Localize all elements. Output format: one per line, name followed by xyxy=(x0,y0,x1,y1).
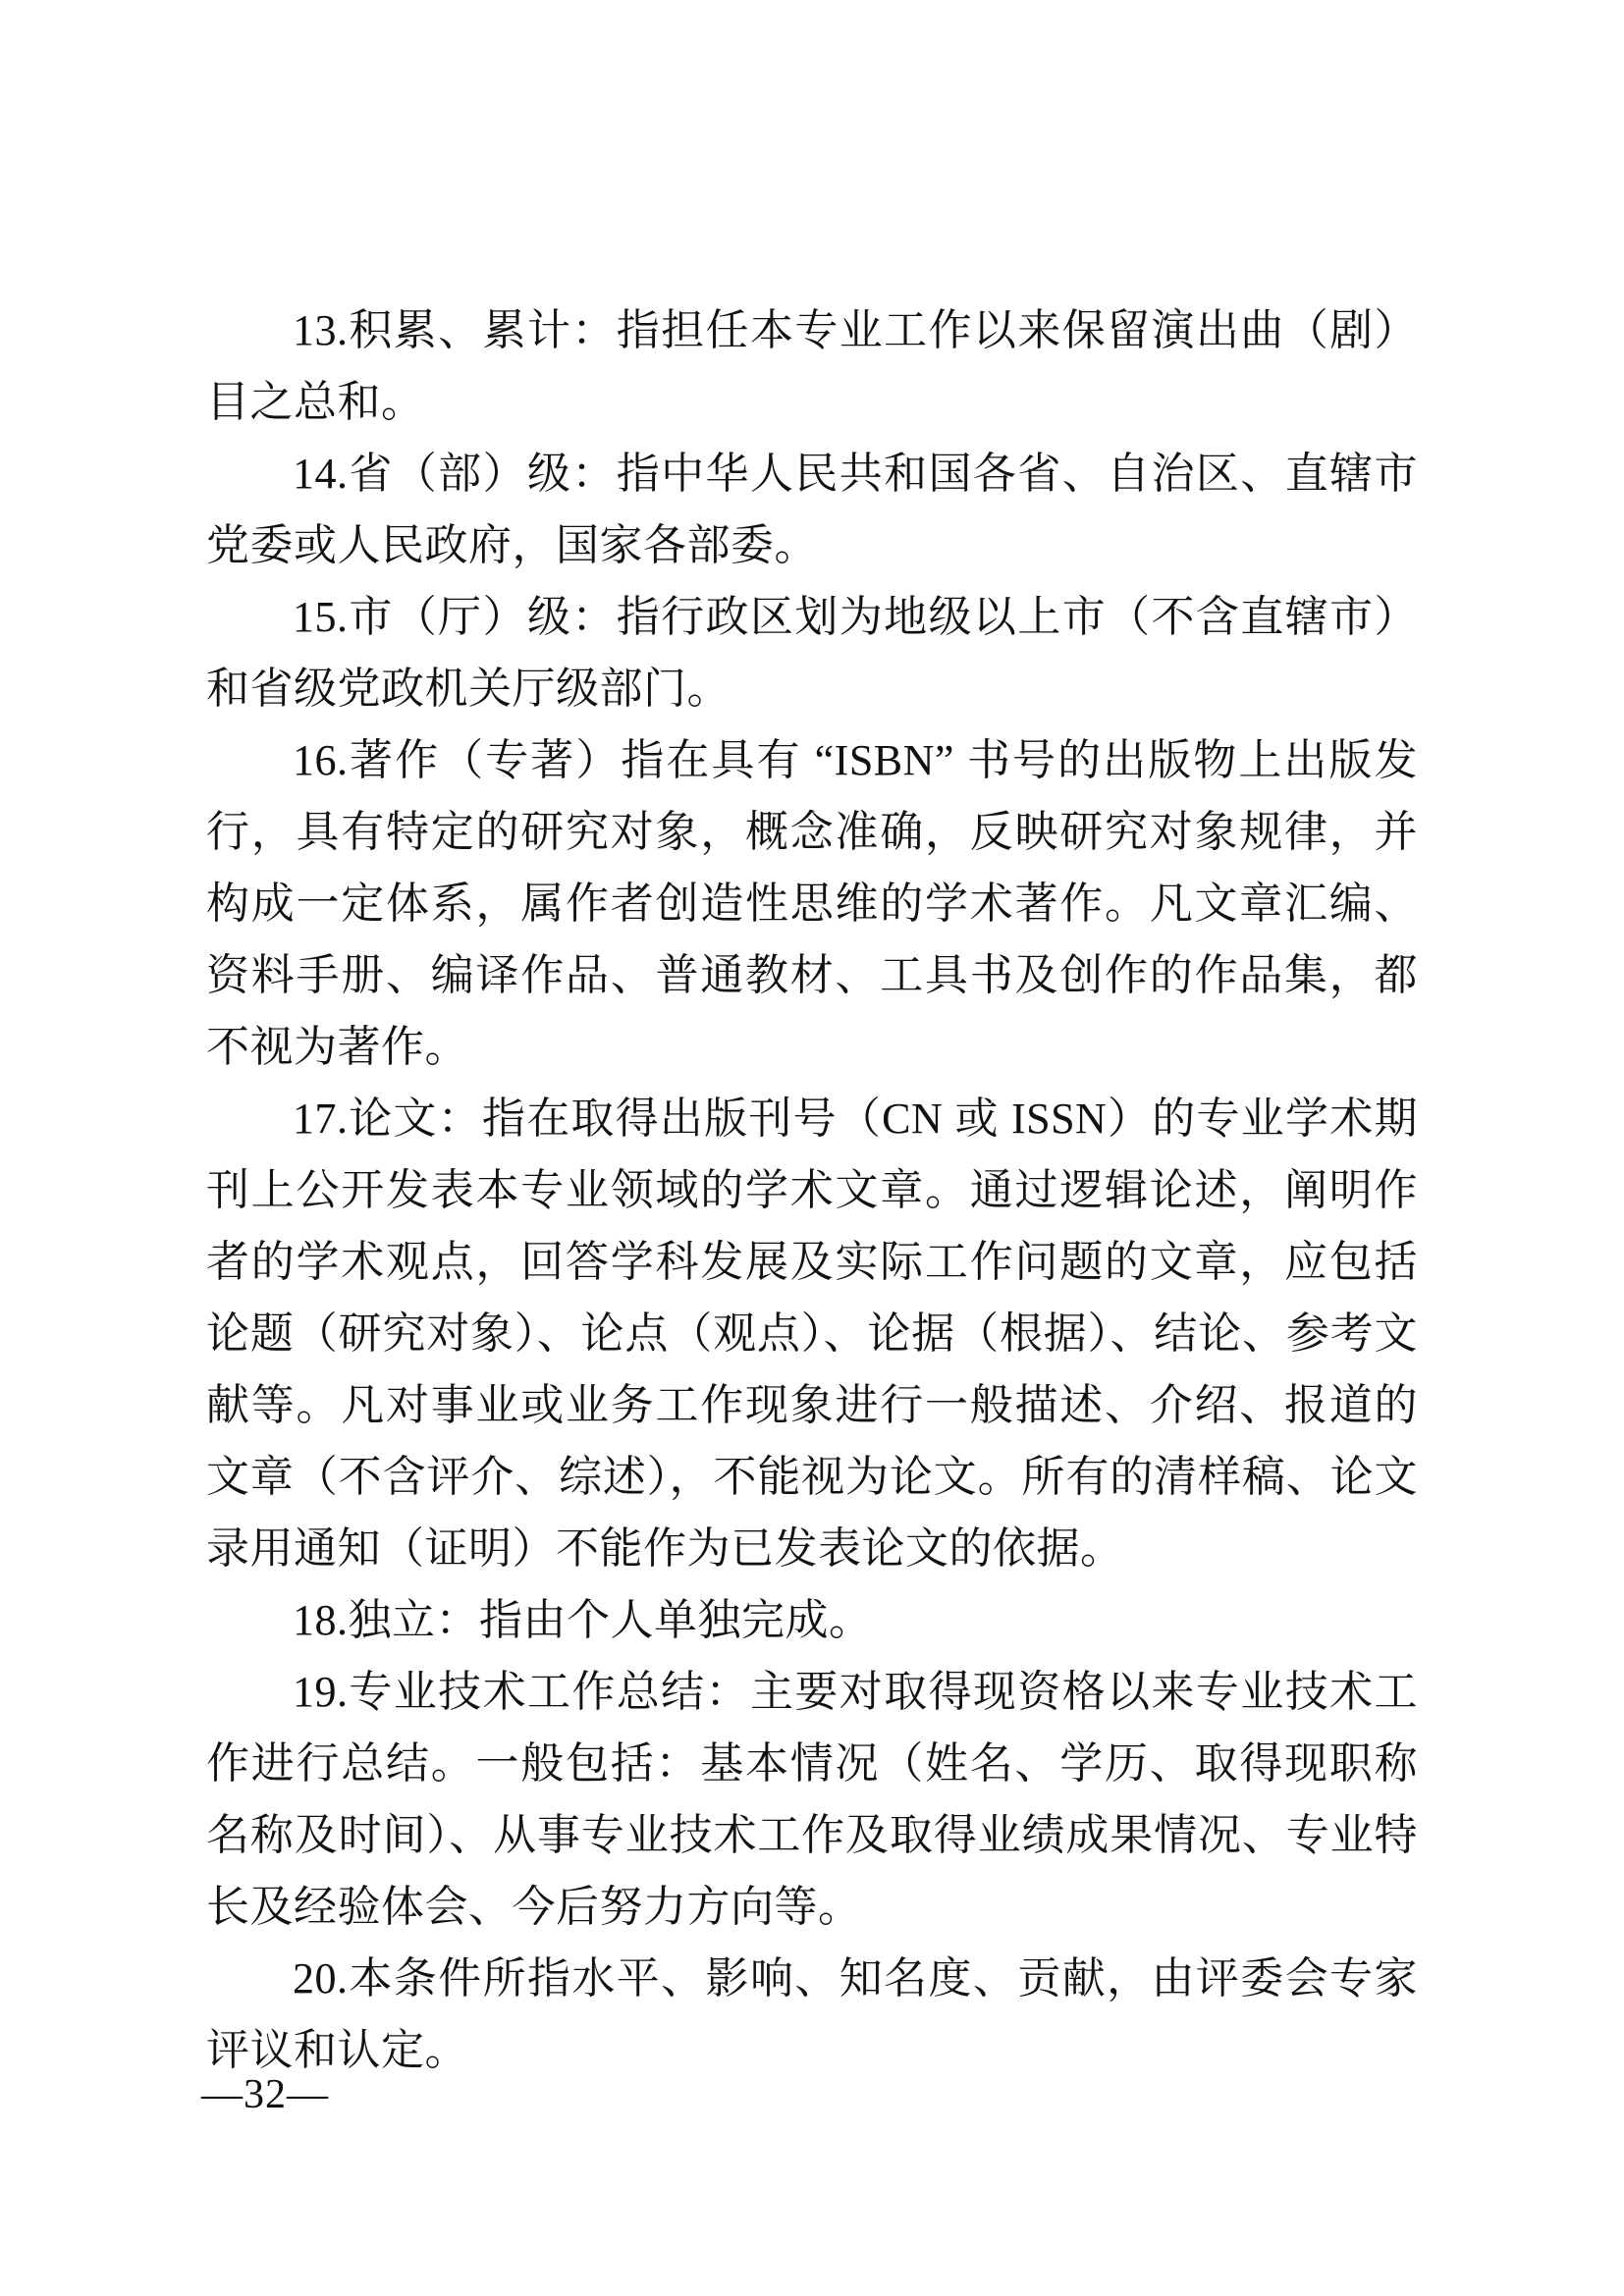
paragraph-item-13: 13.积累、累计：指担任本专业工作以来保留演出曲（剧）目之总和。 xyxy=(206,294,1418,438)
paragraph-item-16: 16.著作（专著）指在具有 “ISBN” 书号的出版物上出版发行，具有特定的研究… xyxy=(206,724,1418,1083)
paragraph-item-14: 14.省（部）级：指中华人民共和国各省、自治区、直辖市党委或人民政府，国家各部委… xyxy=(206,438,1418,581)
document-body: 13.积累、累计：指担任本专业工作以来保留演出曲（剧）目之总和。 14.省（部）… xyxy=(206,294,1418,2086)
paragraph-item-20: 20.本条件所指水平、影响、知名度、贡献，由评委会专家评议和认定。 xyxy=(206,1943,1418,2086)
paragraph-item-15: 15.市（厅）级：指行政区划为地级以上市（不含直辖市）和省级党政机关厅级部门。 xyxy=(206,581,1418,724)
paragraph-item-17: 17.论文：指在取得出版刊号（CN 或 ISSN）的专业学术期刊上公开发表本专业… xyxy=(206,1083,1418,1584)
document-page: 13.积累、累计：指担任本专业工作以来保留演出曲（剧）目之总和。 14.省（部）… xyxy=(0,0,1624,2296)
page-number: —32— xyxy=(201,2069,329,2120)
paragraph-item-19: 19.专业技术工作总结：主要对取得现资格以来专业技术工作进行总结。一般包括：基本… xyxy=(206,1656,1418,1943)
paragraph-item-18: 18.独立：指由个人单独完成。 xyxy=(206,1584,1418,1656)
